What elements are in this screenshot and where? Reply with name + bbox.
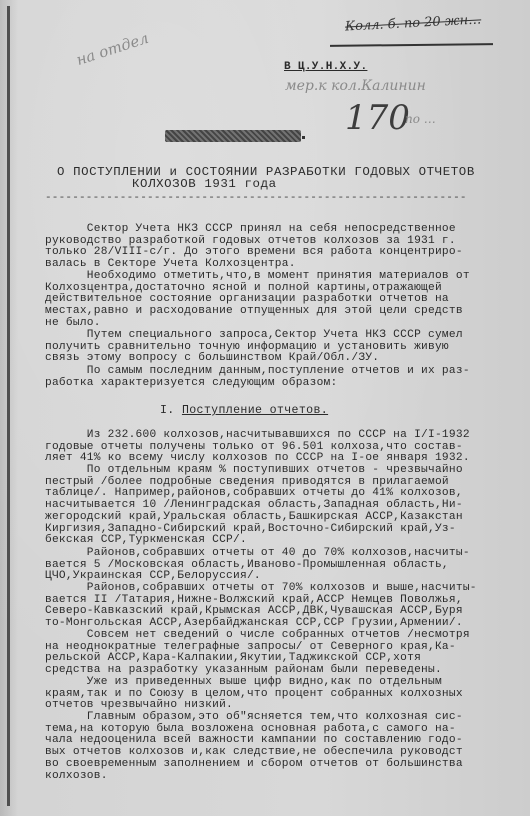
handwritten-annotation-mid-right: мер.к кол.Калинин	[285, 78, 426, 94]
handwritten-small-note: по …	[405, 112, 436, 126]
binding-edge	[7, 6, 10, 806]
handwritten-annotation-top-left: на отдел	[74, 29, 151, 69]
paragraph-2: Необходимо отметить,что,в момент приняти…	[45, 271, 470, 330]
handwritten-annotation-top-right: Колл. б. по 20 жн…	[345, 12, 482, 34]
section-paragraph-3: Районов,собравших отчеты от 40 до 70% ко…	[45, 548, 470, 583]
section-paragraph-1: Из 232.600 колхозов,насчитывавшихся по С…	[45, 430, 470, 465]
handwritten-number: 170	[345, 98, 410, 138]
section-paragraph-2: По отдельным краям % поступивших отчетов…	[45, 465, 463, 547]
paragraph-3: Путем специального запроса,Сектор Учета …	[45, 330, 463, 365]
struck-out-heading	[165, 130, 301, 142]
section-paragraph-5: Совсем нет сведений о числе собранных от…	[45, 630, 470, 677]
document-title-line2: КОЛХОЗОВ 1931 года	[132, 179, 277, 190]
document-page: Колл. б. по 20 жн… на отдел В Ц.У.Н.Х.У.…	[0, 0, 530, 816]
paragraph-1: Сектор Учета НКЗ СССР принял на себя неп…	[45, 224, 463, 271]
section-paragraph-7: Главным образом,это об"ясняется тем,что …	[45, 712, 463, 782]
paragraph-4: По самым последним данным,поступление от…	[45, 366, 470, 389]
section-heading: I. Поступление отчетов.	[160, 405, 328, 416]
section-paragraph-6: Уже из приведенных выше цифр видно,как п…	[45, 677, 463, 712]
annotation-underline	[330, 43, 493, 47]
section-title: Поступление отчетов.	[182, 404, 328, 417]
struck-out-period	[302, 136, 305, 139]
addressee: В Ц.У.Н.Х.У.	[284, 62, 367, 73]
section-paragraph-4: Районов,собравших отчеты от 70% колхозов…	[45, 583, 477, 630]
title-divider: ----------------------------------------…	[45, 193, 467, 204]
section-number: I.	[160, 404, 175, 417]
